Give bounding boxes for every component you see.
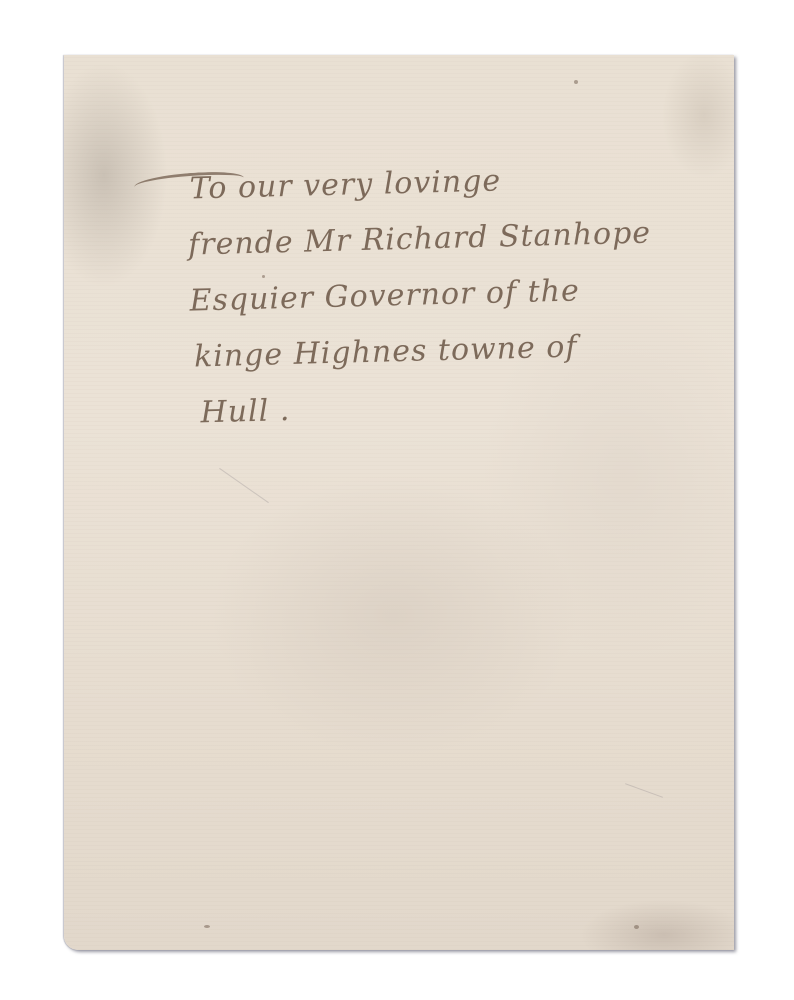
paper-crease xyxy=(219,468,269,503)
paper-sheet: To our very lovinge frende Mr Richard St… xyxy=(64,55,734,950)
ink-speck xyxy=(574,80,578,84)
handwritten-address: To our very lovinge frende Mr Richard St… xyxy=(134,148,701,443)
paper-crease xyxy=(625,783,663,798)
ink-speck xyxy=(204,925,210,928)
ink-speck xyxy=(634,925,639,929)
ink-speck xyxy=(262,275,265,278)
